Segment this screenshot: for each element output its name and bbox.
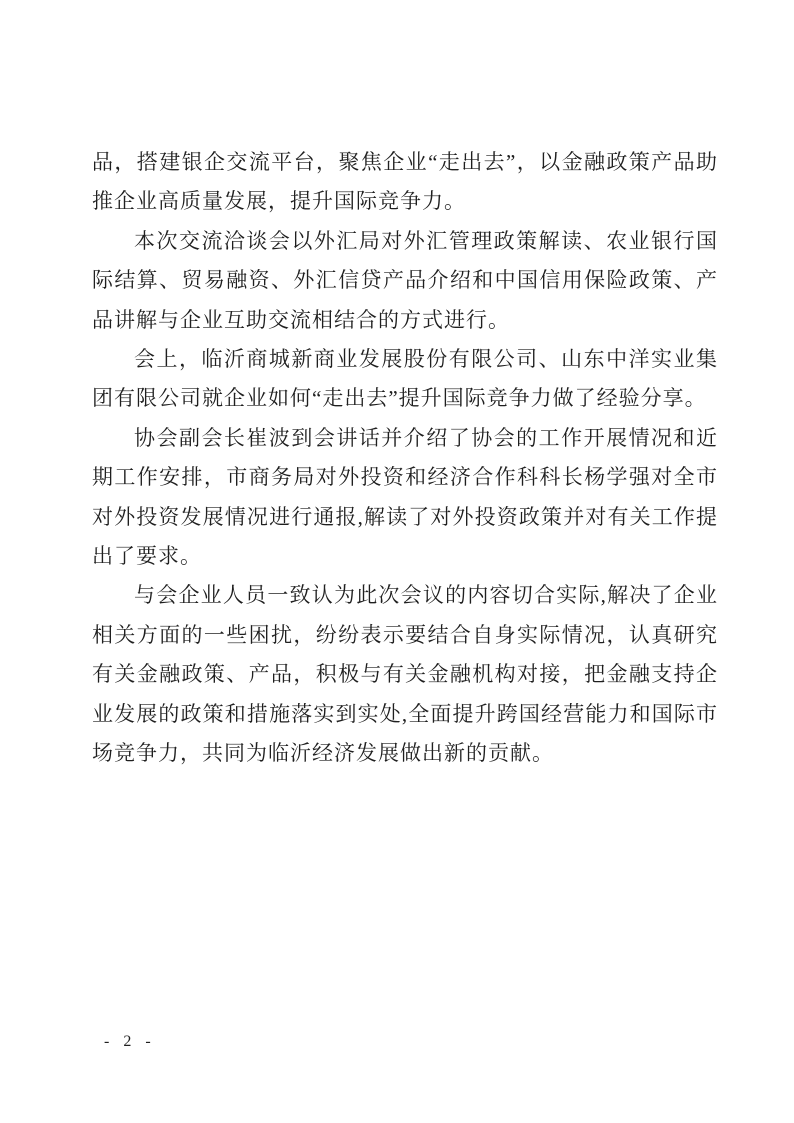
paragraph-conclusion: 与会企业人员一致认为此次会议的内容切合实际,解决了企业相关方面的一些困扰，纷纷表…: [92, 576, 718, 773]
document-body: 品，搭建银企交流平台，聚焦企业“走出去”，以金融政策产品助推企业高质量发展，提升…: [92, 143, 718, 774]
paragraph-continued: 品，搭建银企交流平台，聚焦企业“走出去”，以金融政策产品助推企业高质量发展，提升…: [92, 143, 718, 222]
paragraph-meeting-format: 本次交流洽谈会以外汇局对外汇管理政策解读、农业银行国际结算、贸易融资、外汇信贷产…: [92, 222, 718, 340]
document-page: 品，搭建银企交流平台，聚焦企业“走出去”，以金融政策产品助推企业高质量发展，提升…: [0, 0, 794, 1123]
paragraph-speeches: 协会副会长崔波到会讲话并介绍了协会的工作开展情况和近期工作安排，市商务局对外投资…: [92, 419, 718, 577]
paragraph-experience-sharing: 会上，临沂商城新商业发展股份有限公司、山东中洋实业集团有限公司就企业如何“走出去…: [92, 340, 718, 419]
page-number: - 2 -: [104, 1031, 156, 1053]
